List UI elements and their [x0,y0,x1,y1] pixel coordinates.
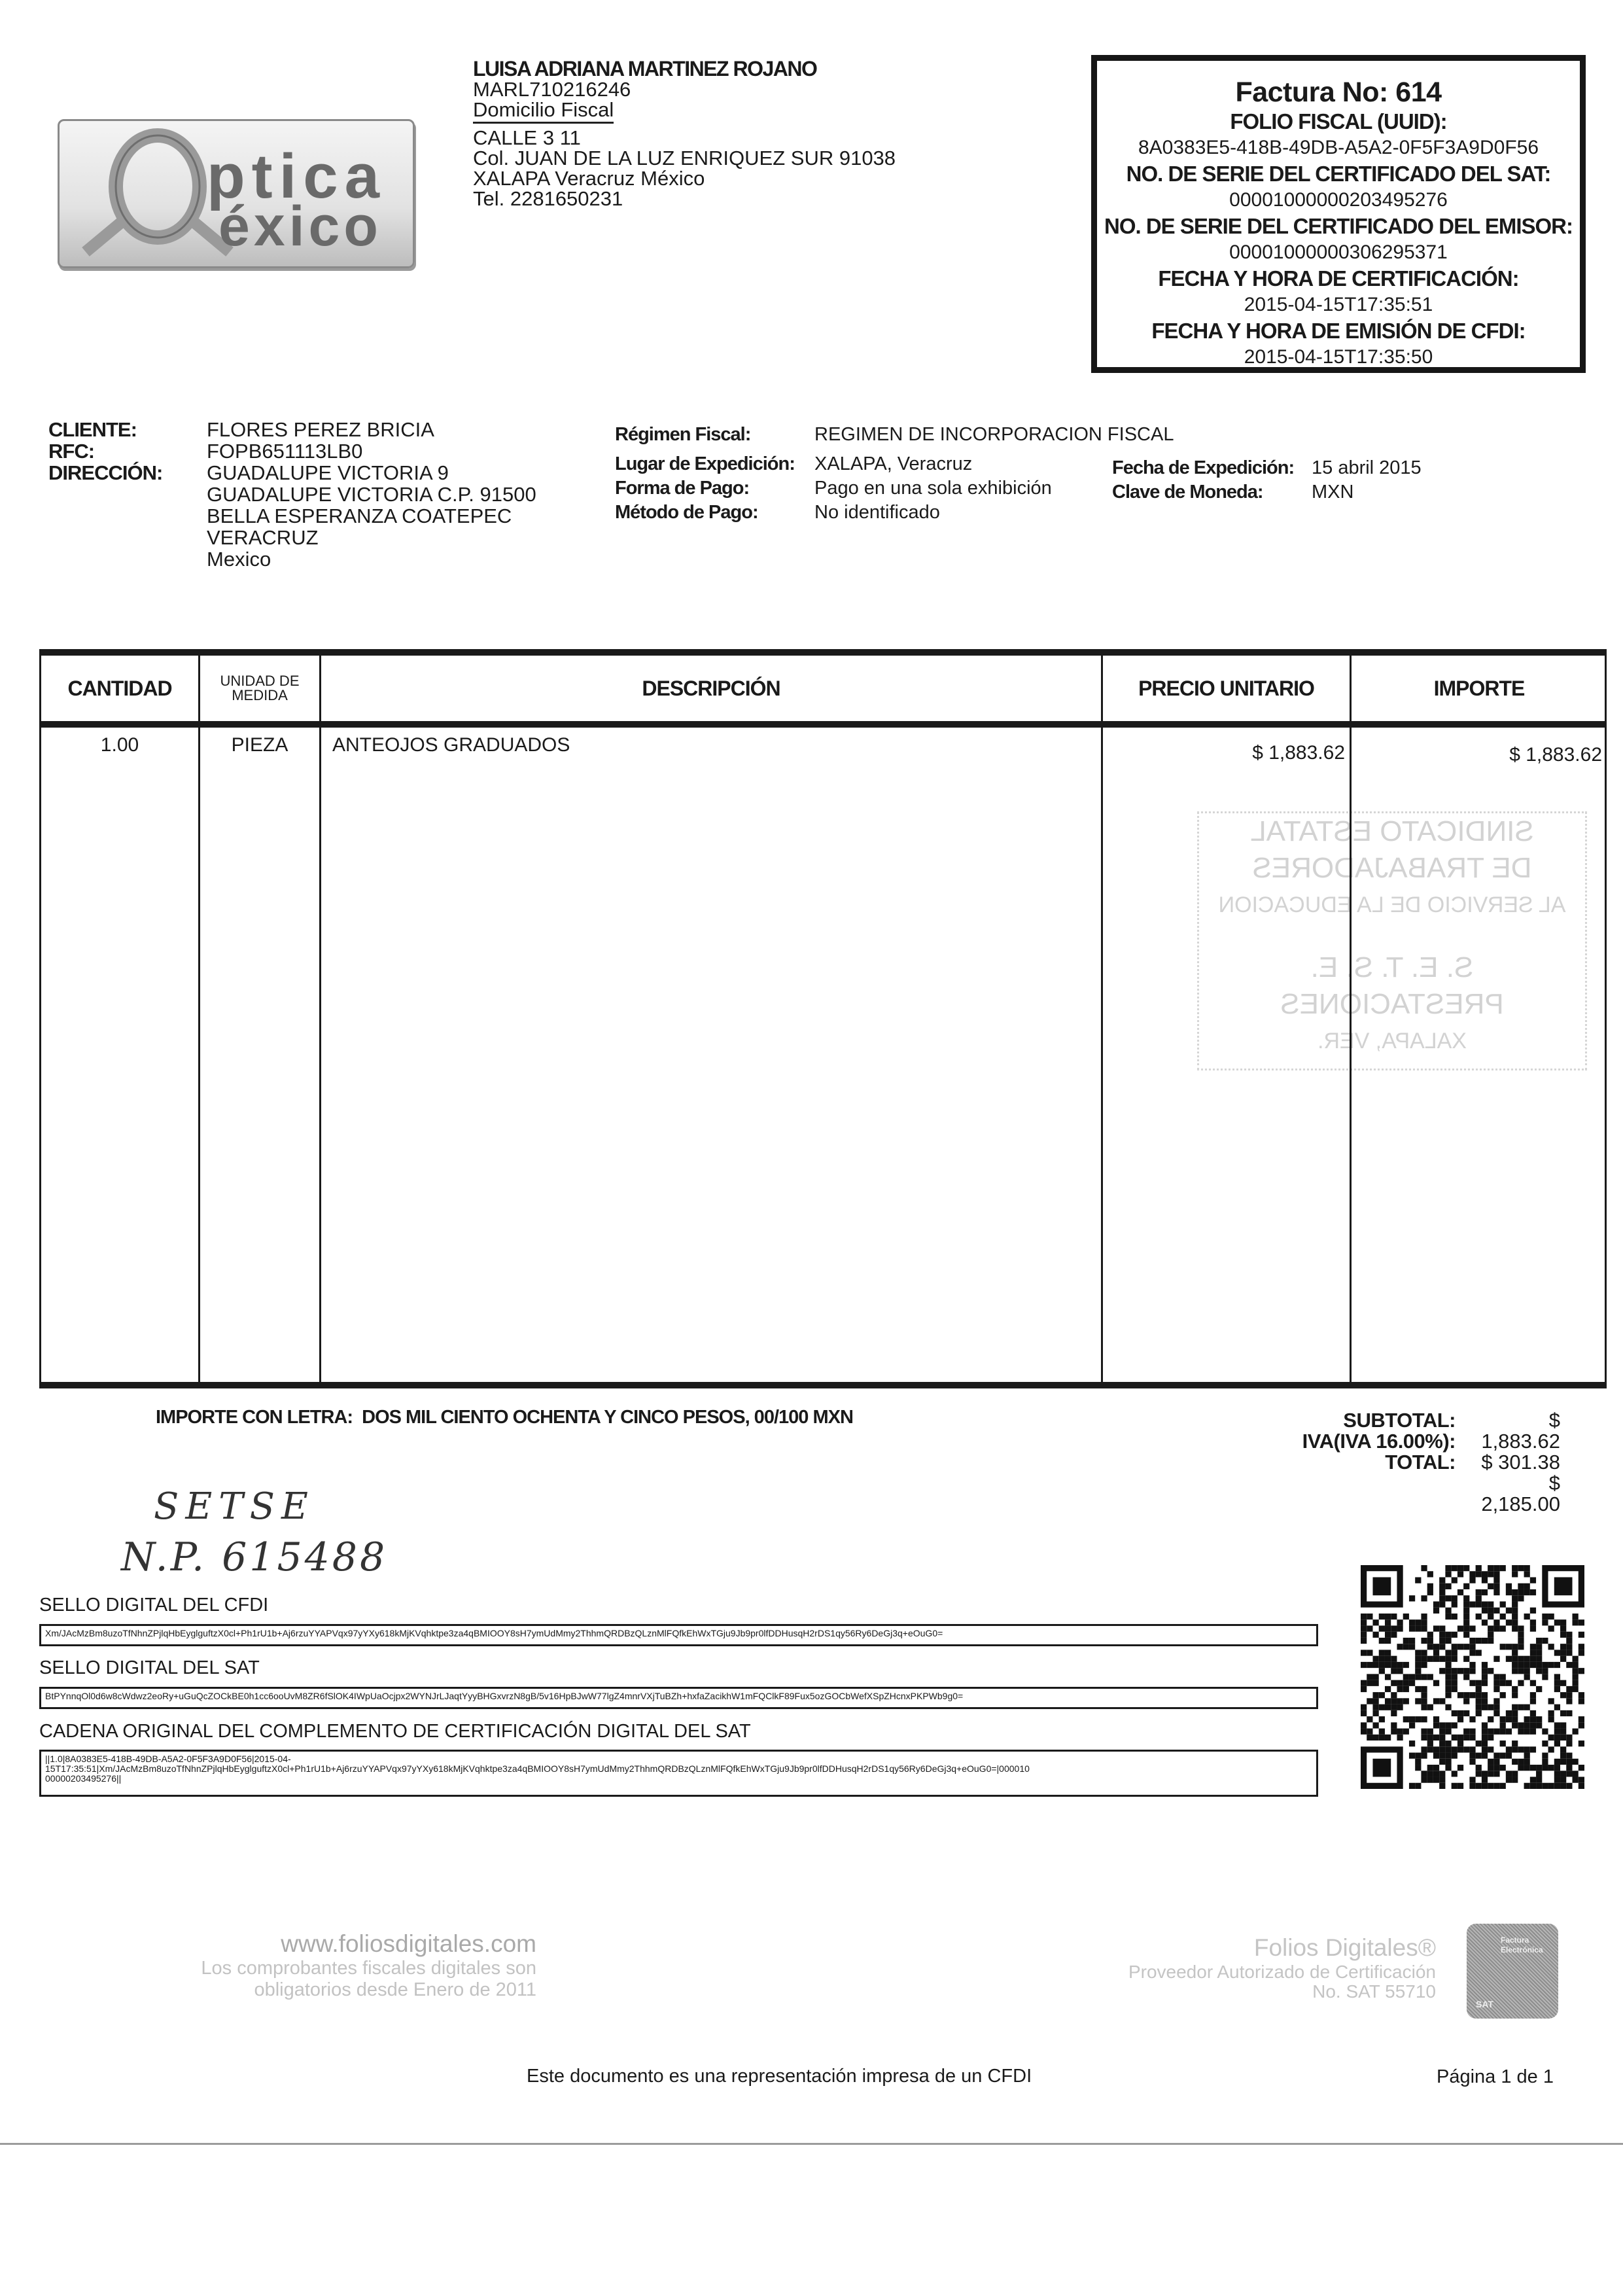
invoice-number: Factura No: 614 [1097,77,1580,109]
client-address-4: VERACRUZ [207,527,536,548]
items-table: CANTIDAD UNIDAD DE MEDIDA DESCRIPCIÓN PR… [39,649,1607,1388]
optica-mexico-logo: ptica éxico [58,119,415,268]
provider-no: No. SAT 55710 [1106,1982,1436,2002]
qr-code-icon [1361,1565,1584,1789]
client-address-5: Mexico [207,548,536,570]
cell-cantidad: 1.00 [41,734,198,756]
logo-text-bottom: éxico [218,194,382,259]
clave-moneda-value: MXN [1312,480,1422,504]
client-labels: CLIENTE: RFC: DIRECCIÓN: [48,419,162,484]
cell-precio: $ 1,883.62 [1103,742,1345,764]
issuer-info: LUISA ADRIANA MARTINEZ ROJANO MARL710216… [473,59,896,209]
header-importe: IMPORTE [1352,656,1607,721]
domicilio-fiscal-label: Domicilio Fiscal [473,99,614,124]
rfc-label: RFC: [48,440,162,462]
subtotal-label: SUBTOTAL: [1230,1410,1456,1431]
importe-letra-label: IMPORTE CON LETRA: [156,1407,353,1428]
header-cantidad: CANTIDAD [41,656,198,721]
client-rfc: FOPB651113LB0 [207,440,536,462]
footer-provider-left: www.foliosdigitales.com Los comprobantes… [164,1930,536,2001]
importe-letra-value: DOS MIL CIENTO OCHENTA Y CINCO PESOS, 00… [362,1407,853,1428]
handwritten-line-2: N.P. 615488 [121,1534,387,1580]
header-precio: PRECIO UNITARIO [1103,656,1350,721]
cfdi-note: Este documento es una representación imp… [527,2066,1032,2087]
tagline-2: obligatorios desde Enero de 2011 [164,1979,536,2001]
issuer-colonia: Col. JUAN DE LA LUZ ENRIQUEZ SUR 91038 [473,148,896,168]
page-fold-line [0,2143,1623,2145]
cell-unidad: PIEZA [200,734,319,756]
client-address-1: GUADALUPE VICTORIA 9 [207,462,536,484]
sello-cfdi-label: SELLO DIGITAL DEL CFDI [39,1595,268,1616]
cadena-line-2: 15T17:35:51|Xm/JAcMzBm8uzoTfNhnZPjlqHbEy… [45,1764,1312,1774]
emision-date-value: 2015-04-15T17:35:50 [1097,344,1580,370]
badge-sat: SAT [1476,1999,1493,2009]
provider-name: Folios Digitales® [1106,1934,1436,1962]
header-unidad: UNIDAD DE MEDIDA [200,656,319,721]
client-address-2: GUADALUPE VICTORIA C.P. 91500 [207,484,536,505]
direccion-label: DIRECCIÓN: [48,462,162,484]
regimen-label: Régimen Fiscal: [615,423,795,447]
issuer-name: LUISA ADRIANA MARTINEZ ROJANO [473,59,896,79]
header-descripcion: DESCRIPCIÓN [321,656,1101,721]
cadena-line-3: 00000203495276|| [45,1774,1312,1784]
sat-badge-icon: Factura Electrónica SAT [1467,1924,1558,2019]
total-value: $ 2,185.00 [1472,1473,1560,1515]
provider-desc: Proveedor Autorizado de Certificación [1106,1962,1436,1982]
totals-labels: SUBTOTAL: IVA(IVA 16.00%): TOTAL: [1230,1410,1456,1473]
page-number: Página 1 de 1 [1437,2066,1554,2088]
sello-sat-label: SELLO DIGITAL DEL SAT [39,1657,260,1679]
emision-date-label: FECHA Y HORA DE EMISIÓN DE CFDI: [1097,318,1580,344]
lugar-label: Lugar de Expedición: [615,452,795,476]
regimen-value: REGIMEN DE INCORPORACION FISCAL [814,423,1174,447]
fecha-expedicion-value: 15 abril 2015 [1312,456,1422,480]
cell-importe: $ 1,883.62 [1352,744,1602,766]
subtotal-value: $ 1,883.62 [1472,1410,1560,1452]
cadena-line-1: ||1.0|8A0383E5-418B-49DB-A5A2-0F5F3A9D0F… [45,1754,1312,1764]
total-label: TOTAL: [1230,1452,1456,1473]
client-name: FLORES PEREZ BRICIA [207,419,536,440]
issuer-city: XALAPA Veracruz México [473,168,896,188]
emisor-cert-value: 00001000000306295371 [1097,239,1580,266]
cert-date-label: FECHA Y HORA DE CERTIFICACIÓN: [1097,266,1580,292]
cadena-original-value: ||1.0|8A0383E5-418B-49DB-A5A2-0F5F3A9D0F… [39,1750,1318,1797]
handwritten-note: SETSE N.P. 615488 [121,1485,387,1580]
badge-text: Factura Electrónica [1501,1935,1553,1955]
cell-descripcion: ANTEOJOS GRADUADOS [332,734,570,756]
iva-value: $ 301.38 [1472,1452,1560,1473]
handwritten-line-1: SETSE [154,1485,387,1528]
tagline-1: Los comprobantes fiscales digitales son [164,1958,536,1979]
cert-date-value: 2015-04-15T17:35:51 [1097,292,1580,318]
client-address-3: BELLA ESPERANZA COATEPEC [207,505,536,527]
uuid-label: FOLIO FISCAL (UUID): [1097,109,1580,135]
clave-moneda-label: Clave de Moneda: [1112,480,1294,504]
uuid-value: 8A0383E5-418B-49DB-A5A2-0F5F3A9D0F56 [1097,135,1580,161]
importe-con-letra: IMPORTE CON LETRA: DOS MIL CIENTO OCHENT… [156,1407,853,1428]
iva-label: IVA(IVA 16.00%): [1230,1431,1456,1452]
expedition-labels: Fecha de Expedición: Clave de Moneda: [1112,456,1294,504]
cliente-label: CLIENTE: [48,419,162,440]
metodo-pago-label: Método de Pago: [615,501,795,525]
issuer-rfc: MARL710216246 [473,79,896,99]
forma-pago-label: Forma de Pago: [615,476,795,501]
totals-values: $ 1,883.62 $ 301.38 $ 2,185.00 [1472,1410,1560,1515]
issuer-street: CALLE 3 11 [473,128,896,148]
emisor-cert-label: NO. DE SERIE DEL CERTIFICADO DEL EMISOR: [1097,213,1580,239]
folio-fiscal-box: Factura No: 614 FOLIO FISCAL (UUID): 8A0… [1091,55,1586,373]
issuer-phone: Tel. 2281650231 [473,188,896,209]
sello-sat-value: BtPYnnqOl0d6w8cWdwz2eoRy+uGuQcZOCkBE0h1c… [39,1687,1318,1709]
expedition-values: 15 abril 2015 MXN [1312,456,1422,504]
sat-cert-value: 00001000000203495276 [1097,187,1580,213]
fecha-expedicion-label: Fecha de Expedición: [1112,456,1294,480]
sat-cert-label: NO. DE SERIE DEL CERTIFICADO DEL SAT: [1097,161,1580,187]
sello-cfdi-value: Xm/JAcMzBm8uzoTfNhnZPjlqHbEyglguftzX0cl+… [39,1624,1318,1646]
client-values: FLORES PEREZ BRICIA FOPB651113LB0 GUADAL… [207,419,536,570]
footer-provider-right: Folios Digitales® Proveedor Autorizado d… [1106,1934,1436,2002]
provider-url[interactable]: www.foliosdigitales.com [164,1930,536,1958]
fiscal-labels: Régimen Fiscal: Lugar de Expedición: For… [615,423,795,525]
cadena-original-label: CADENA ORIGINAL DEL COMPLEMENTO DE CERTI… [39,1721,751,1742]
